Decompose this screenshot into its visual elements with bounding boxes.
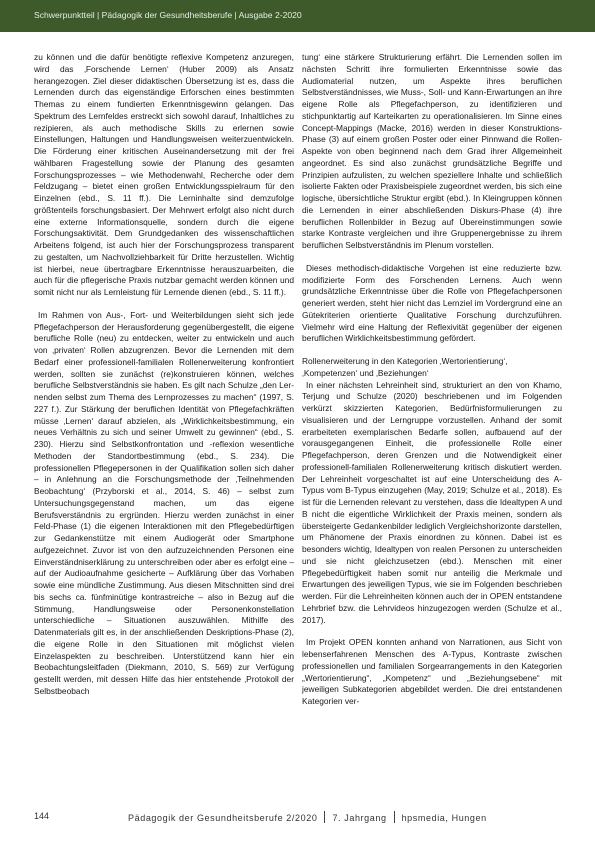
footer-divider	[394, 811, 395, 823]
footer-divider	[324, 811, 325, 823]
section-heading: Rollenerweiterung in den Kategorien ‚Wer…	[302, 356, 562, 380]
body-paragraph: Im Rahmen von Aus-, Fort- und Weiterbild…	[34, 310, 294, 698]
footer-publisher: hpsmedia, Hungen	[402, 813, 487, 823]
footer-meta: Pädagogik der Gesundheitsberufe 2/20207.…	[128, 811, 487, 823]
page-number: 144	[34, 811, 49, 821]
running-header-bar: Schwerpunktteil | Pädagogik der Gesundhe…	[0, 0, 595, 32]
body-paragraph: tung‘ eine stärkere Strukturierung erfäh…	[302, 52, 562, 252]
body-paragraph: zu können und die dafür benötigte reflex…	[34, 52, 294, 299]
body-paragraph: In einer nächsten Lehreinheit sind, stru…	[302, 380, 562, 627]
running-header-title: Schwerpunktteil | Pädagogik der Gesundhe…	[34, 10, 302, 20]
body-paragraph: Im Projekt OPEN konnten anhand von Narra…	[302, 637, 562, 708]
body-paragraph: Dieses methodisch-didaktische Vorgehen i…	[302, 263, 562, 345]
left-text-column: zu können und die dafür benötigte reflex…	[34, 52, 294, 698]
footer-journal: Pädagogik der Gesundheitsberufe 2/2020	[128, 813, 317, 823]
footer-volume: 7. Jahrgang	[332, 813, 386, 823]
right-text-column: tung‘ eine stärkere Strukturierung erfäh…	[302, 52, 562, 708]
